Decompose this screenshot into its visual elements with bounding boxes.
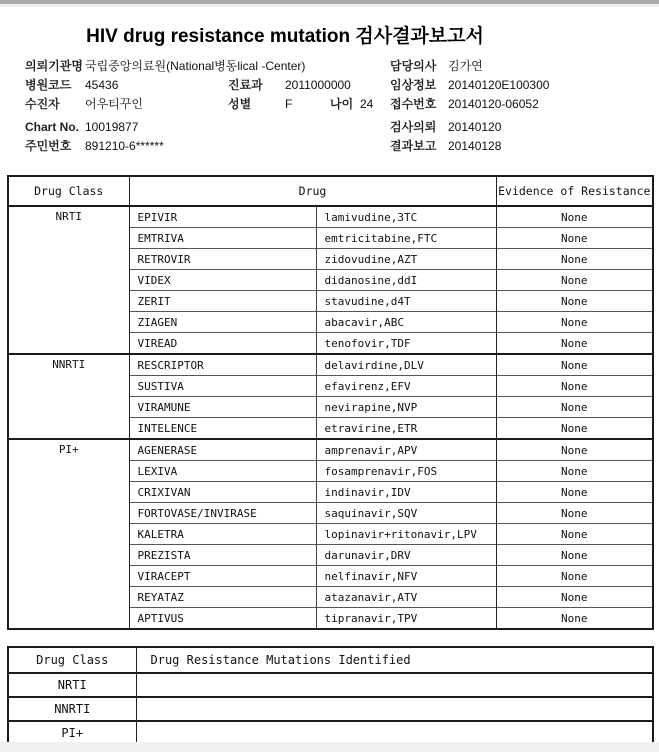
generic-name-cell: atazanavir,ATV (316, 587, 496, 608)
mutations-table-header-row: Drug Class Drug Resistance Mutations Ide… (8, 647, 653, 673)
brand-name-cell: SUSTIVA (129, 376, 316, 397)
brand-name-cell: ZERIT (129, 291, 316, 312)
resistance-row: PI+AGENERASEamprenavir,APVNone (8, 439, 653, 461)
brand-name-cell: INTELENCE (129, 418, 316, 440)
patient-name-label: 수진자 (25, 97, 60, 111)
mutations-table: Drug Class Drug Resistance Mutations Ide… (7, 646, 654, 746)
resistance-table-header-row: Drug Class Drug Evidence of Resistance (8, 176, 653, 206)
requesting-org-label: 의뢰기관명 (25, 59, 83, 73)
evidence-cell: None (496, 397, 653, 418)
resistance-table-body: NRTIEPIVIRlamivudine,3TCNoneEMTRIVAemtri… (8, 206, 653, 629)
drug-header: Drug (129, 176, 496, 206)
evidence-cell: None (496, 503, 653, 524)
generic-name-cell: lamivudine,3TC (316, 206, 496, 228)
evidence-cell: None (496, 524, 653, 545)
generic-name-cell: zidovudine,AZT (316, 249, 496, 270)
hospital-code-value: 45436 (85, 78, 118, 92)
brand-name-cell: CRIXIVAN (129, 482, 316, 503)
mutations-drug-class-header: Drug Class (8, 647, 136, 673)
evidence-cell: None (496, 376, 653, 397)
resistance-table: Drug Class Drug Evidence of Resistance N… (7, 175, 654, 630)
brand-name-cell: KALETRA (129, 524, 316, 545)
brand-name-cell: FORTOVASE/INVIRASE (129, 503, 316, 524)
generic-name-cell: nelfinavir,NFV (316, 566, 496, 587)
window-bottom-edge (0, 742, 659, 752)
brand-name-cell: PREZISTA (129, 545, 316, 566)
age-label: 나이 (330, 97, 353, 111)
hospital-code-label: 병원코드 (25, 78, 71, 92)
brand-name-cell: LEXIVA (129, 461, 316, 482)
age-value: 24 (360, 97, 373, 111)
evidence-cell: None (496, 587, 653, 608)
generic-name-cell: tipranavir,TPV (316, 608, 496, 630)
generic-name-cell: nevirapine,NVP (316, 397, 496, 418)
patient-name-value: 어우티꾸인 (85, 97, 143, 111)
drug-class-header: Drug Class (8, 176, 129, 206)
generic-name-cell: delavirdine,DLV (316, 354, 496, 376)
sex-label: 성별 (228, 97, 251, 111)
generic-name-cell: saquinavir,SQV (316, 503, 496, 524)
result-reported-label: 결과보고 (390, 139, 436, 153)
mutations-row: NRTI (8, 673, 653, 697)
generic-name-cell: etravirine,ETR (316, 418, 496, 440)
clinical-info-label: 임상정보 (390, 78, 436, 92)
evidence-cell: None (496, 608, 653, 630)
generic-name-cell: abacavir,ABC (316, 312, 496, 333)
drug-class-cell: NNRTI (8, 354, 129, 439)
generic-name-cell: stavudine,d4T (316, 291, 496, 312)
mutations-drug-class-cell: NRTI (8, 673, 136, 697)
resident-id-label: 주민번호 (25, 139, 71, 153)
generic-name-cell: indinavir,IDV (316, 482, 496, 503)
requesting-org-value: 국립중앙의료원(National병동lical -Center) (85, 59, 305, 73)
evidence-cell: None (496, 439, 653, 461)
mutations-table-body: NRTINNRTIPI+ (8, 673, 653, 745)
accession-no-value: 20140120-06052 (448, 97, 539, 111)
clinical-info-value: 20140120E100300 (448, 78, 549, 92)
mutations-drug-class-cell: NNRTI (8, 697, 136, 721)
brand-name-cell: EPIVIR (129, 206, 316, 228)
brand-name-cell: VIRACEPT (129, 566, 316, 587)
chart-no-label: Chart No. (25, 120, 79, 134)
evidence-cell: None (496, 418, 653, 440)
generic-name-cell: efavirenz,EFV (316, 376, 496, 397)
mutations-header: Drug Resistance Mutations Identified (136, 647, 653, 673)
evidence-cell: None (496, 291, 653, 312)
brand-name-cell: APTIVUS (129, 608, 316, 630)
accession-no-label: 접수번호 (390, 97, 436, 111)
resistance-row: NRTIEPIVIRlamivudine,3TCNone (8, 206, 653, 228)
mutations-value-cell (136, 697, 653, 721)
test-requested-label: 검사의뢰 (390, 120, 436, 134)
attending-doctor-label: 담당의사 (390, 59, 436, 73)
brand-name-cell: VIDEX (129, 270, 316, 291)
result-reported-value: 20140128 (448, 139, 501, 153)
resident-id-value: 891210-6****** (85, 139, 164, 153)
generic-name-cell: tenofovir,TDF (316, 333, 496, 355)
brand-name-cell: RESCRIPTOR (129, 354, 316, 376)
sex-value: F (285, 97, 292, 111)
test-requested-value: 20140120 (448, 120, 501, 134)
generic-name-cell: fosamprenavir,FOS (316, 461, 496, 482)
evidence-cell: None (496, 249, 653, 270)
brand-name-cell: VIRAMUNE (129, 397, 316, 418)
generic-name-cell: lopinavir+ritonavir,LPV (316, 524, 496, 545)
window-top-edge-light (0, 4, 659, 7)
report-title: HIV drug resistance mutation 검사결과보고서 (55, 21, 515, 48)
mutations-value-cell (136, 673, 653, 697)
mutations-row: NNRTI (8, 697, 653, 721)
drug-class-cell: PI+ (8, 439, 129, 629)
brand-name-cell: REYATAZ (129, 587, 316, 608)
brand-name-cell: EMTRIVA (129, 228, 316, 249)
evidence-cell: None (496, 312, 653, 333)
evidence-cell: None (496, 228, 653, 249)
drug-class-cell: NRTI (8, 206, 129, 354)
evidence-cell: None (496, 354, 653, 376)
evidence-cell: None (496, 333, 653, 355)
chart-no-value: 10019877 (85, 120, 138, 134)
generic-name-cell: emtricitabine,FTC (316, 228, 496, 249)
evidence-header: Evidence of Resistance (496, 176, 653, 206)
brand-name-cell: ZIAGEN (129, 312, 316, 333)
attending-doctor-value: 김가연 (448, 59, 483, 73)
department-label: 진료과 (228, 78, 263, 92)
evidence-cell: None (496, 206, 653, 228)
resistance-row: NNRTIRESCRIPTORdelavirdine,DLVNone (8, 354, 653, 376)
evidence-cell: None (496, 545, 653, 566)
evidence-cell: None (496, 461, 653, 482)
brand-name-cell: AGENERASE (129, 439, 316, 461)
generic-name-cell: didanosine,ddI (316, 270, 496, 291)
evidence-cell: None (496, 482, 653, 503)
evidence-cell: None (496, 270, 653, 291)
brand-name-cell: VIREAD (129, 333, 316, 355)
department-value: 2011000000 (285, 78, 351, 92)
generic-name-cell: amprenavir,APV (316, 439, 496, 461)
brand-name-cell: RETROVIR (129, 249, 316, 270)
generic-name-cell: darunavir,DRV (316, 545, 496, 566)
evidence-cell: None (496, 566, 653, 587)
